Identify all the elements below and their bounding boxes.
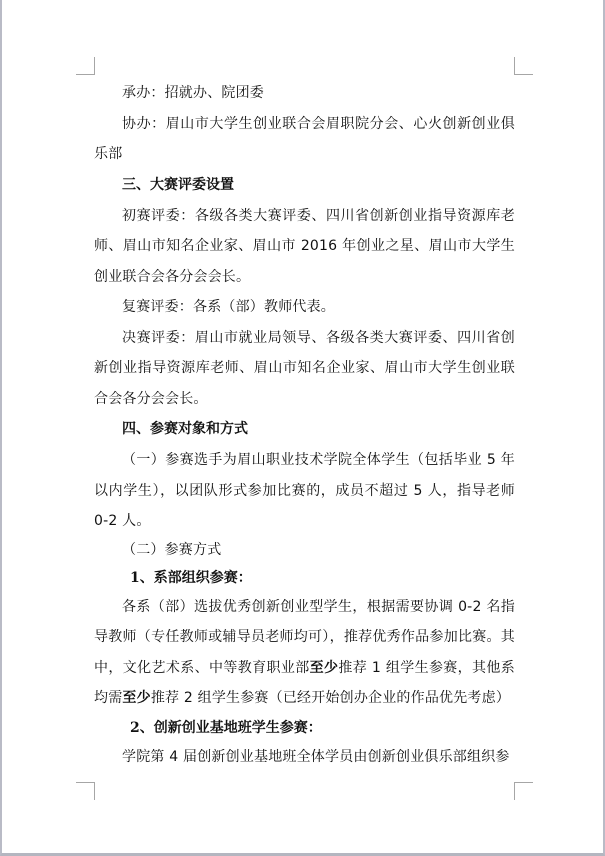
paragraph-participation-method: （二）参赛方式 xyxy=(94,537,515,564)
subheading-department-entry: 1、系部组织参赛： xyxy=(94,564,515,592)
paragraph-semifinal-judges: 复赛评委：各系（部）教师代表。 xyxy=(94,292,515,323)
section-heading-judges: 三、大赛评委设置 xyxy=(94,170,515,201)
subheading-base-class-entry: 2、创新创业基地班学生参赛： xyxy=(94,714,515,742)
bold-text-run: 至少 xyxy=(122,690,150,706)
text-run: 推荐 2 组学生参赛（已经开始创办企业的作品优先考虑） xyxy=(151,690,510,706)
paragraph-organizer: 承办：招就办、院团委 xyxy=(94,78,515,109)
section-heading-participants: 四、参赛对象和方式 xyxy=(94,414,515,445)
paragraph-preliminary-judges: 初赛评委：各级各类大赛评委、四川省创新创业指导资源库老师、眉山市知名企业家、眉山… xyxy=(94,201,515,293)
margin-corner-top-right xyxy=(514,57,533,75)
margin-corner-bottom-left xyxy=(76,782,95,800)
bold-text-run: 至少 xyxy=(310,660,339,676)
paragraph-department-entry: 各系（部）选拔优秀创新创业型学生，根据需要协调 0-2 名指导教师（专任教师或辅… xyxy=(94,592,515,714)
paragraph-base-class-entry: 学院第 4 届创新创业基地班全体学员由创新创业俱乐部组织参 xyxy=(94,742,515,773)
margin-corner-bottom-right xyxy=(514,782,533,800)
margin-corner-top-left xyxy=(76,57,95,75)
paragraph-co-organizer: 协办：眉山市大学生创业联合会眉职院分会、心火创新创业俱乐部 xyxy=(94,109,515,170)
document-page: 承办：招就办、院团委 协办：眉山市大学生创业联合会眉职院分会、心火创新创业俱乐部… xyxy=(0,0,605,856)
paragraph-final-judges: 决赛评委：眉山市就业局领导、各级各类大赛评委、四川省创新创业指导资源库老师、眉山… xyxy=(94,323,515,415)
paragraph-participants: （一）参赛选手为眉山职业技术学院全体学生（包括毕业 5 年以内学生），以团队形式… xyxy=(94,445,515,537)
document-body[interactable]: 承办：招就办、院团委 协办：眉山市大学生创业联合会眉职院分会、心火创新创业俱乐部… xyxy=(94,78,515,772)
